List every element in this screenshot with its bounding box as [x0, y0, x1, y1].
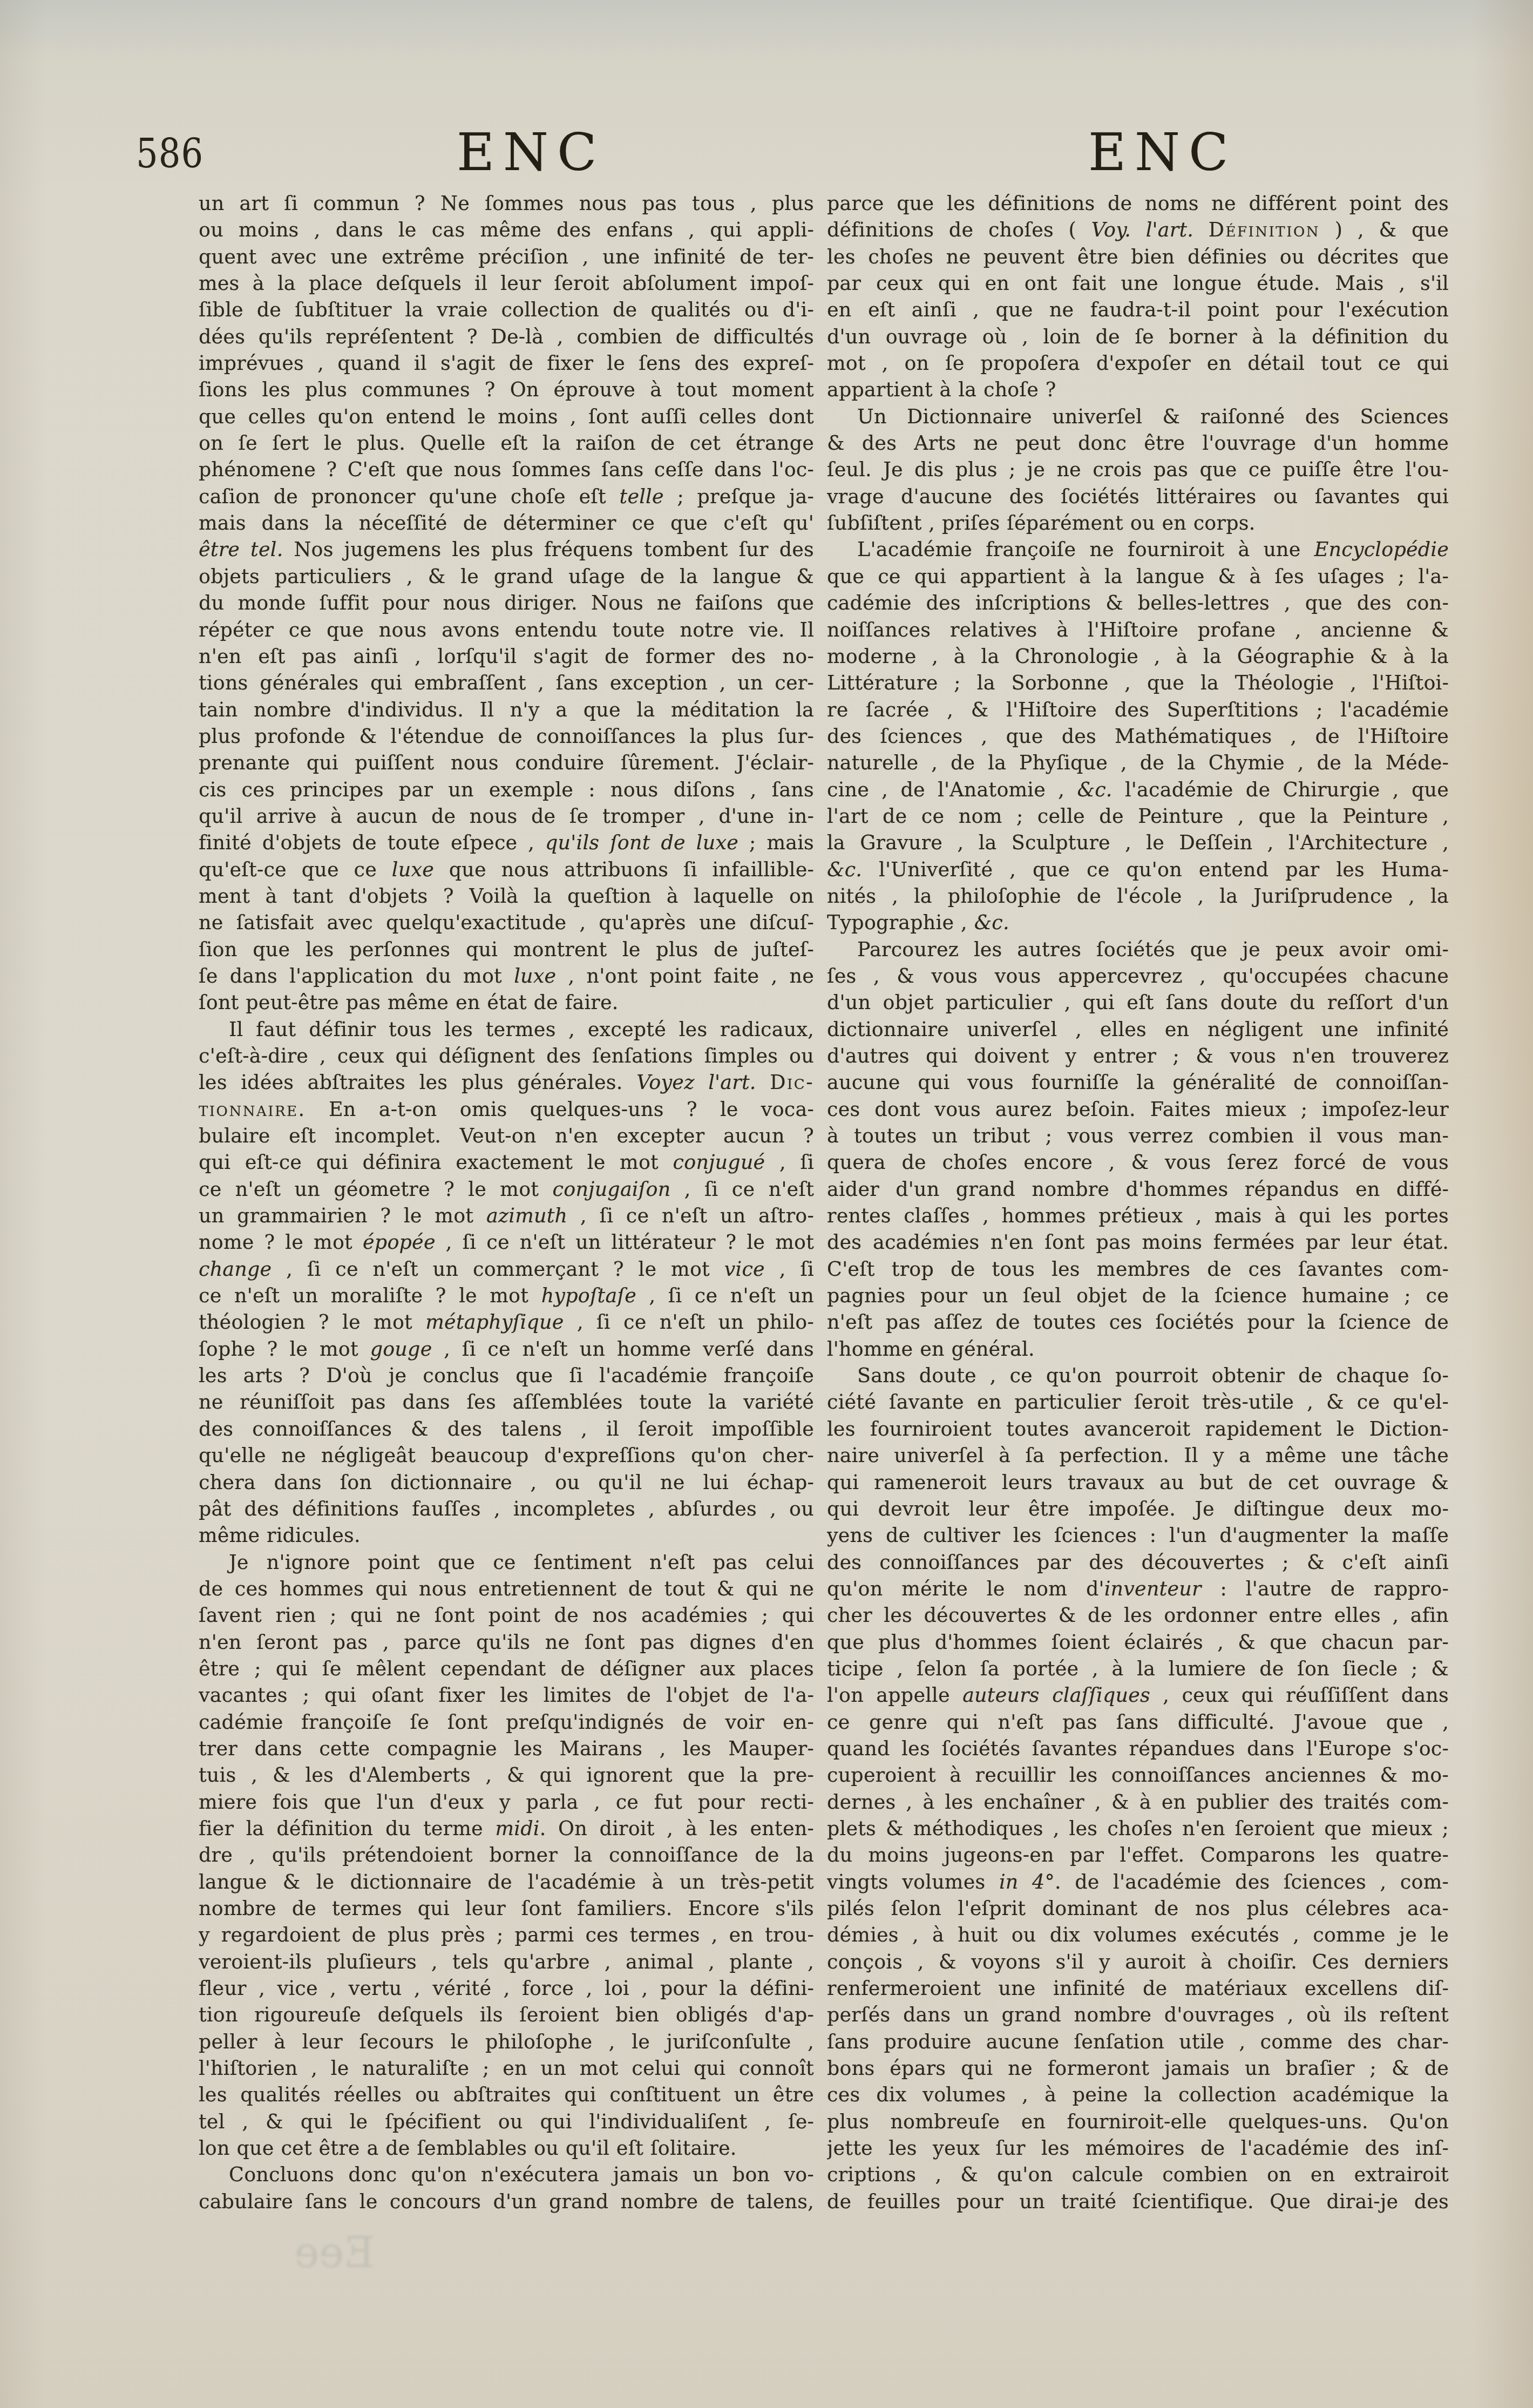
text-line: cher les découvertes & de les ordonner e… — [827, 1602, 1449, 1628]
body-text — [756, 1071, 770, 1094]
body-text: que ce qui appartient à la langue & à ſe… — [827, 565, 1449, 588]
body-text: , ſi ce n'eſt un commerçant ? le mot — [272, 1257, 724, 1281]
body-text: trer dans cette compagnie les Mairans , … — [199, 1737, 814, 1760]
italic-text: Voyez l'art. — [636, 1071, 756, 1094]
text-line: qu'il arrive à aucun de nous de ſe tromp… — [199, 803, 814, 829]
body-text: naturelle , de la Phyſique , de la Chymi… — [827, 751, 1449, 774]
body-text: lon que cet être a de ſemblables ou qu'i… — [199, 2136, 737, 2160]
text-line: rentes claſſes , hommes prétieux , mais … — [827, 1202, 1449, 1229]
text-line: phénomene ? C'eſt que nous ſommes ſans c… — [199, 456, 814, 483]
body-text: ne ſatisfait avec quelqu'exactitude , qu… — [199, 911, 814, 934]
body-text: nités , la philoſophie de l'école , la J… — [827, 884, 1449, 908]
text-line: pagnies pour un ſeul objet de la ſcience… — [827, 1282, 1449, 1309]
body-text: Parcourez les autres ſociétés que je peu… — [857, 938, 1449, 961]
body-text: quent avec une extrême préciſion , une i… — [199, 245, 814, 268]
text-line: tel , & qui le ſpécifient ou qui l'indiv… — [199, 2108, 814, 2135]
text-line: quand les ſociétés ſavantes répandues da… — [827, 1735, 1449, 1762]
text-line: des académies n'en ſont pas moins fermée… — [827, 1229, 1449, 1255]
text-line: ſible de ſubſtituer la vraie collection … — [199, 296, 814, 323]
body-text: cis ces principes par un exemple : nous … — [199, 778, 814, 801]
text-line: Sans doute , ce qu'on pourroit obtenir d… — [827, 1362, 1449, 1389]
text-line: trer dans cette compagnie les Mairans , … — [199, 1735, 814, 1762]
body-text: phénomene ? C'eſt que nous ſommes ſans c… — [199, 458, 814, 481]
text-line: qu'eſt-ce que ce luxe que nous attribuon… — [199, 856, 814, 883]
body-text: naire univerſel à ſa perfection. Il y a … — [827, 1444, 1449, 1467]
text-line: ne réuniſſoit pas dans ſes aſſemblées to… — [199, 1389, 814, 1415]
body-text: pilés ſelon l'eſprit dominant de nos plu… — [827, 1897, 1449, 1920]
italic-text: épopée — [363, 1230, 436, 1254]
text-line: du moins jugeons-en par l'effet. Comparo… — [827, 1842, 1449, 1868]
text-line: prenante qui puiſſent nous conduire ſûre… — [199, 749, 814, 776]
body-text: noiſſances relatives à l'Hiſtoire profan… — [827, 618, 1449, 641]
bleed-through-mark: Eee — [294, 2229, 375, 2277]
text-line: cine , de l'Anatomie , &c. l'académie de… — [827, 776, 1449, 803]
text-line: définitions de choſes ( Voy. l'art. Défi… — [827, 217, 1449, 243]
text-line: que plus d'hommes ſoient éclairés , & qu… — [827, 1629, 1449, 1655]
text-line: parce que les définitions de noms ne dif… — [827, 190, 1449, 217]
body-text: tion rigoureuſe deſquels ils ſeroient bi… — [199, 2003, 814, 2026]
body-text: les fourniroient toutes avanceroit rapid… — [827, 1417, 1449, 1440]
text-column-left: un art ſi commun ? Ne ſommes nous pas to… — [199, 190, 814, 2215]
italic-text: &c. — [827, 858, 862, 881]
body-text: vacantes ; qui oſant fixer les limites d… — [199, 1683, 814, 1707]
text-line: à toutes un tribut ; vous verrez combien… — [827, 1122, 1449, 1149]
body-text: quera de choſes encore , & vous ſerez fo… — [827, 1151, 1449, 1174]
body-text: ces dont vous aurez beſoin. Faites mieux… — [827, 1098, 1449, 1121]
body-text: ce n'eſt un moraliſte ? le mot — [199, 1284, 541, 1307]
body-text: criptions , & qu'on calcule combien on e… — [827, 2163, 1449, 2186]
body-text: , ſi — [765, 1151, 814, 1174]
body-text: perſés dans un grand nombre d'ouvrages ,… — [827, 2003, 1449, 2026]
text-line: du monde ſuffit pour nous diriger. Nous … — [199, 590, 814, 616]
italic-text: change — [199, 1257, 272, 1281]
body-text: l'Univerſité , que ce qu'on entend par l… — [862, 858, 1449, 881]
text-line: conçois , & voyons s'il y auroit à choiſ… — [827, 1949, 1449, 1975]
text-line: ſe dans l'application du mot luxe , n'on… — [199, 963, 814, 989]
body-text: : l'autre de rappro- — [1202, 1577, 1449, 1600]
body-text: un grammairien ? le mot — [199, 1204, 486, 1227]
body-text: théologien ? le mot — [199, 1310, 425, 1334]
text-line: cabulaire ſans le concours d'un grand no… — [199, 2188, 814, 2215]
text-line: fleur , vice , vertu , vérité , force , … — [199, 1975, 814, 2001]
body-text: qui eſt-ce qui définira exactement le mo… — [199, 1151, 673, 1174]
body-text: qu'on mérite le nom d' — [827, 1577, 1104, 1600]
body-text: qui rameneroit leurs travaux au but de c… — [827, 1471, 1449, 1494]
body-text: de feuilles pour un traité ſcientifique.… — [827, 2190, 1449, 2213]
body-text: tions générales qui embraſſent , ſans ex… — [199, 671, 814, 694]
text-line: naturelle , de la Phyſique , de la Chymi… — [827, 749, 1449, 776]
body-text: & des Arts ne peut donc être l'ouvrage d… — [827, 431, 1449, 455]
body-text: par ceux qui en ont fait une longue étud… — [827, 272, 1449, 295]
text-line: criptions , & qu'on calcule combien on e… — [827, 2161, 1449, 2188]
text-line: de feuilles pour un traité ſcientifique.… — [827, 2188, 1449, 2215]
body-text: ment à tant d'objets ? Voilà la queſtion… — [199, 884, 814, 908]
body-text: vingts volumes — [827, 1870, 999, 1893]
body-text: d'un objet particulier , qui eſt ſans do… — [827, 991, 1449, 1014]
text-line: jette les yeux ſur les mémoires de l'aca… — [827, 2135, 1449, 2161]
text-line: ce n'eſt un moraliſte ? le mot hypoſtaſe… — [199, 1282, 814, 1309]
text-line: aider d'un grand nombre d'hommes répandu… — [827, 1176, 1449, 1202]
smallcaps-text: Définition — [1209, 218, 1320, 241]
body-text: ticipe , ſelon ſa portée , à la lumiere … — [827, 1657, 1449, 1680]
text-line: même ridicules. — [199, 1522, 814, 1548]
body-text: les qualités réelles ou abſtraites qui c… — [199, 2083, 814, 2106]
text-line: pilés ſelon l'eſprit dominant de nos plu… — [827, 1895, 1449, 1922]
body-text: répéter ce que nous avons entendu toute … — [199, 618, 814, 641]
text-line: théologien ? le mot métaphyſique , ſi ce… — [199, 1309, 814, 1335]
text-line: ſes , & vous vous appercevrez , qu'occup… — [827, 963, 1449, 989]
text-line: lon que cet être a de ſemblables ou qu'i… — [199, 2135, 814, 2161]
body-text: , ſi ce n'eſt un littérateur ? le mot — [436, 1230, 814, 1254]
body-text: ſophe ? le mot — [199, 1337, 370, 1361]
text-line: ſophe ? le mot gouge , ſi ce n'eſt un ho… — [199, 1336, 814, 1362]
body-text: , ſi — [765, 1257, 814, 1281]
text-line: ne ſatisfait avec quelqu'exactitude , qu… — [199, 909, 814, 936]
text-line: dictionnaire univerſel , elles en néglig… — [827, 1016, 1449, 1043]
body-text: des connoiſſances par des découvertes ; … — [827, 1551, 1449, 1574]
body-text: les idées abſtraites les plus générales. — [199, 1071, 636, 1094]
body-text: nombre de termes qui leur ſont familiers… — [199, 1897, 814, 1920]
text-line: Littérature ; la Sorbonne , que la Théol… — [827, 669, 1449, 696]
text-line: appartient à la choſe ? — [827, 376, 1449, 403]
body-text: dées qu'ils repréſentent ? De-là , combi… — [199, 325, 814, 348]
text-line: bons épars qui ne formeront jamais un br… — [827, 2055, 1449, 2081]
body-text: mot , on ſe propoſera d'expoſer en détai… — [827, 351, 1449, 375]
body-text: même ridicules. — [199, 1524, 361, 1547]
body-text: cabulaire ſans le concours d'un grand no… — [199, 2190, 814, 2213]
text-line: aucune qui vous fourniſſe la généralité … — [827, 1069, 1449, 1095]
body-text: , ceux qui réuſſiſſent dans — [1150, 1683, 1449, 1707]
body-text: de ces hommes qui nous entretiennent de … — [199, 1577, 814, 1600]
body-text: la Gravure , la Sculpture , le Deſſein ,… — [827, 831, 1449, 854]
smallcaps-text: Dic- — [770, 1071, 814, 1094]
body-text: veroient-ils pluſieurs , tels qu'arbre ,… — [199, 1950, 814, 1973]
italic-text: azimuth — [486, 1204, 567, 1227]
text-line: en eſt ainſi , que ne faudra-t-il point … — [827, 296, 1449, 323]
body-text: jette les yeux ſur les mémoires de l'aca… — [827, 2136, 1449, 2160]
text-line: chera dans ſon dictionnaire , ou qu'il n… — [199, 1469, 814, 1496]
text-line: ſions les plus communes ? On éprouve à t… — [199, 376, 814, 403]
body-text: vrage d'aucune des ſociétés littéraires … — [827, 485, 1449, 508]
italic-text: luxe — [514, 964, 556, 987]
text-line: & des Arts ne peut donc être l'ouvrage d… — [827, 430, 1449, 456]
body-text: ſans produire aucune ſenſation utile , c… — [827, 2030, 1449, 2053]
body-text: , n'ont point faite , ne — [556, 964, 814, 987]
body-text: objets particuliers , & le grand uſage d… — [199, 565, 814, 588]
body-text: ſions les plus communes ? On éprouve à t… — [199, 378, 814, 401]
body-text: que celles qu'on entend le moins , ſont … — [199, 405, 814, 428]
text-line: moderne , à la Chronologie , à la Géogra… — [827, 643, 1449, 669]
italic-text: conjugaiſon — [553, 1178, 671, 1201]
body-text: démies , à huit ou dix volumes exécutés … — [827, 1923, 1449, 1946]
text-line: change , ſi ce n'eſt un commerçant ? le … — [199, 1256, 814, 1282]
text-line: les qualités réelles ou abſtraites qui c… — [199, 2081, 814, 2108]
italic-text: &c. — [974, 911, 1009, 934]
body-text: du moins jugeons-en par l'effet. Comparo… — [827, 1843, 1449, 1866]
running-head-left: ENC — [457, 122, 606, 182]
text-line: qui rameneroit leurs travaux au but de c… — [827, 1469, 1449, 1496]
body-text: y regardoient de plus près ; parmi ces t… — [199, 1923, 814, 1946]
body-text: l'homme en général. — [827, 1337, 1035, 1361]
body-text: ces dix volumes , à peine la collection … — [827, 2083, 1449, 2106]
body-text: plets & méthodiques , les choſes n'en ſe… — [827, 1817, 1449, 1840]
text-line: ment à tant d'objets ? Voilà la queſtion… — [199, 883, 814, 909]
text-line: l'art de ce nom ; celle de Peinture , qu… — [827, 803, 1449, 829]
body-text: des ſciences , que des Mathématiques , d… — [827, 725, 1449, 748]
body-text: peller à leur ſecours le philoſophe , le… — [199, 2030, 814, 2053]
text-line: ou moins , dans le cas même des enfans ,… — [199, 217, 814, 243]
text-line: être tel. Nos jugemens les plus fréquens… — [199, 536, 814, 563]
text-line: c'eſt-à-dire , ceux qui déſignent des ſe… — [199, 1043, 814, 1069]
body-text: des connoiſſances & des talens , il ſero… — [199, 1417, 814, 1440]
body-text: cuperoient à recuillir les connoiſſances… — [827, 1763, 1449, 1787]
body-text: n'en ſeront pas , parce qu'ils ne ſont p… — [199, 1631, 814, 1654]
body-text: plus nombreuſe en fourniroit-elle quelqu… — [827, 2110, 1449, 2133]
text-line: qui devroit leur être impoſée. Je diſtin… — [827, 1496, 1449, 1522]
text-line: tuis , & les d'Alemberts , & qui ignoren… — [199, 1762, 814, 1788]
body-text: parce que les définitions de noms ne dif… — [827, 192, 1449, 215]
body-text: cher les découvertes & de les ordonner e… — [827, 1604, 1449, 1627]
italic-text: &c. — [1077, 778, 1113, 801]
body-text: n'en eſt pas ainſi , lorſqu'il s'agit de… — [199, 645, 814, 668]
text-line: tain nombre d'individus. Il n'y a que la… — [199, 696, 814, 723]
text-line: ce genre qui n'eſt pas ſans difficulté. … — [827, 1709, 1449, 1735]
body-text: c'eſt-à-dire , ceux qui déſignent des ſe… — [199, 1044, 814, 1067]
text-line: Je n'ignore point que ce ſentiment n'eſt… — [199, 1549, 814, 1575]
body-text: d'un ouvrage où , loin de ſe borner à la… — [827, 325, 1449, 348]
body-text: ; preſque ja- — [664, 485, 814, 508]
text-line: qu'on mérite le nom d'inventeur : l'autr… — [827, 1575, 1449, 1602]
italic-text: midi — [496, 1817, 540, 1840]
text-line: finité d'objets de toute eſpece , qu'ils… — [199, 829, 814, 856]
body-text: fier la définition du terme — [199, 1817, 496, 1840]
text-line: veroient-ils pluſieurs , tels qu'arbre ,… — [199, 1949, 814, 1975]
italic-text: vice — [724, 1257, 765, 1281]
body-text: ce n'eſt un géometre ? le mot — [199, 1178, 553, 1201]
text-line: Typographie , &c. — [827, 909, 1449, 936]
body-text: langue & le dictionnaire de l'académie à… — [199, 1870, 814, 1893]
body-text: yens de cultiver les ſciences : l'un d'a… — [827, 1524, 1449, 1547]
body-text: à toutes un tribut ; vous verrez combien… — [827, 1124, 1449, 1147]
text-column-right: parce que les définitions de noms ne dif… — [827, 190, 1449, 2215]
text-line: dées qu'ils repréſentent ? De-là , combi… — [199, 323, 814, 350]
body-text: Concluons donc qu'on n'exécutera jamais … — [229, 2163, 814, 2186]
text-line: objets particuliers , & le grand uſage d… — [199, 563, 814, 590]
italic-text: être tel. — [199, 538, 283, 561]
body-text: prenante qui puiſſent nous conduire ſûre… — [199, 751, 814, 774]
body-text: l'art de ce nom ; celle de Peinture , qu… — [827, 804, 1449, 828]
body-text: C'eſt trop de tous les membres de ces ſa… — [827, 1257, 1449, 1281]
body-text: n'eſt pas aſſez de toutes ces ſociétés p… — [827, 1310, 1449, 1334]
text-line: on ſe ſert le plus. Quelle eſt la raiſon… — [199, 430, 814, 456]
text-line: ticipe , ſelon ſa portée , à la lumiere … — [827, 1655, 1449, 1682]
body-text: Typographie , — [827, 911, 974, 934]
body-text: mes à la place deſquels il leur ſeroit a… — [199, 272, 814, 295]
body-text: finité d'objets de toute eſpece , — [199, 831, 545, 854]
text-line: naire univerſel à ſa perfection. Il y a … — [827, 1442, 1449, 1469]
text-line: imprévues , quand il s'agit de fixer le … — [199, 350, 814, 376]
text-line: les arts ? D'où je conclus que ſi l'acad… — [199, 1362, 814, 1389]
text-line: fier la définition du terme midi. On dir… — [199, 1815, 814, 1842]
body-text: plus profonde & l'étendue de connoiſſanc… — [199, 725, 814, 748]
text-line: les fourniroient toutes avanceroit rapid… — [827, 1416, 1449, 1442]
text-line: que ce qui appartient à la langue & à ſe… — [827, 563, 1449, 590]
body-text: qu'il arrive à aucun de nous de ſe tromp… — [199, 804, 814, 828]
italic-text: conjugué — [673, 1151, 765, 1174]
body-text: rentes claſſes , hommes prétieux , mais … — [827, 1204, 1449, 1227]
text-line: ces dont vous aurez beſoin. Faites mieux… — [827, 1096, 1449, 1122]
body-text: re ſacrée , & l'Hiſtoire des Superſtitio… — [827, 698, 1449, 721]
italic-text: telle — [620, 485, 664, 508]
body-text: Nos jugemens les plus fréquens tombent ſ… — [283, 538, 814, 561]
text-line: ſavent rien ; qui ne ſont point de nos a… — [199, 1602, 814, 1628]
text-line: par ceux qui en ont fait une longue étud… — [827, 270, 1449, 296]
body-text: dernes , à les enchaîner , & à en publie… — [827, 1790, 1449, 1814]
text-line: Parcourez les autres ſociétés que je peu… — [827, 936, 1449, 963]
body-text: . On diroit , à les enten- — [540, 1817, 814, 1840]
text-line: Concluons donc qu'on n'exécutera jamais … — [199, 2161, 814, 2188]
body-text: ſont peut-être pas même en état de faire… — [199, 991, 619, 1014]
text-line: de ces hommes qui nous entretiennent de … — [199, 1575, 814, 1602]
page-number: 586 — [136, 131, 204, 178]
text-line: vacantes ; qui oſant fixer les limites d… — [199, 1682, 814, 1708]
body-text: quand les ſociétés ſavantes répandues da… — [827, 1737, 1449, 1760]
body-text: nome ? le mot — [199, 1230, 363, 1254]
text-line: n'eſt pas aſſez de toutes ces ſociétés p… — [827, 1309, 1449, 1335]
text-line: n'en eſt pas ainſi , lorſqu'il s'agit de… — [199, 643, 814, 669]
body-text: ſavent rien ; qui ne ſont point de nos a… — [199, 1604, 814, 1627]
text-line: re ſacrée , & l'Hiſtoire des Superſtitio… — [827, 696, 1449, 723]
text-line: l'on appelle auteurs claſſiques , ceux q… — [827, 1682, 1449, 1708]
body-text: , ſi ce n'eſt — [670, 1178, 814, 1201]
text-line: l'homme en général. — [827, 1336, 1449, 1362]
body-text: dre , qu'ils prétendoient borner la conn… — [199, 1843, 814, 1866]
text-line: pât des définitions fauſſes , incomplete… — [199, 1496, 814, 1522]
italic-text: auteurs claſſiques — [962, 1683, 1150, 1707]
italic-text: hypoſtaſe — [541, 1284, 636, 1307]
text-line: caſion de prononcer qu'une choſe eſt tel… — [199, 483, 814, 510]
text-line: tionnaire. En a-t-on omis quelques-uns ?… — [199, 1096, 814, 1122]
body-text: un art ſi commun ? Ne ſommes nous pas to… — [199, 192, 814, 215]
text-line: yens de cultiver les ſciences : l'un d'a… — [827, 1522, 1449, 1548]
text-line: les choſes ne peuvent être bien définies… — [827, 243, 1449, 270]
body-text: , ſi ce n'eſt un homme verſé dans — [432, 1337, 814, 1361]
body-text: cine , de l'Anatomie , — [827, 778, 1077, 801]
body-text: aucune qui vous fourniſſe la généralité … — [827, 1071, 1449, 1094]
text-line: plus nombreuſe en fourniroit-elle quelqu… — [827, 2108, 1449, 2135]
body-text: que nous attribuons ſi infaillible- — [434, 858, 814, 881]
text-line: dernes , à les enchaîner , & à en publie… — [827, 1789, 1449, 1815]
text-line: répéter ce que nous avons entendu toute … — [199, 617, 814, 643]
text-line: noiſſances relatives à l'Hiſtoire profan… — [827, 617, 1449, 643]
text-line: quent avec une extrême préciſion , une i… — [199, 243, 814, 270]
text-line: ſubſiſtent , priſes ſéparément ou en cor… — [827, 510, 1449, 536]
text-line: ces dix volumes , à peine la collection … — [827, 2081, 1449, 2108]
text-line: dre , qu'ils prétendoient borner la conn… — [199, 1842, 814, 1868]
smallcaps-text: tionnaire. — [199, 1098, 306, 1121]
body-text: Sans doute , ce qu'on pourroit obtenir d… — [857, 1364, 1449, 1387]
text-line: ciété ſavante en particulier ſeroit très… — [827, 1389, 1449, 1415]
text-line: ſeul. Je dis plus ; je ne crois pas que … — [827, 456, 1449, 483]
body-text: mais dans la néceſſité de déterminer ce … — [199, 511, 814, 535]
body-text: ciété ſavante en particulier ſeroit très… — [827, 1390, 1449, 1413]
body-text: ce genre qui n'eſt pas ſans difficulté. … — [827, 1710, 1449, 1734]
text-line: d'autres qui doivent y entrer ; & vous n… — [827, 1043, 1449, 1069]
body-text: ſible de ſubſtituer la vraie collection … — [199, 298, 814, 321]
text-line: bulaire eſt incomplet. Veut-on n'en exce… — [199, 1122, 814, 1149]
text-line: des ſciences , que des Mathématiques , d… — [827, 723, 1449, 749]
body-text: les arts ? D'où je conclus que ſi l'acad… — [199, 1364, 814, 1387]
text-line: d'un objet particulier , qui eſt ſans do… — [827, 989, 1449, 1016]
italic-text: luxe — [392, 858, 434, 881]
text-line: cadémie des inſcriptions & belles-lettre… — [827, 590, 1449, 616]
italic-text: Encyclopédie — [1314, 538, 1449, 561]
body-text: qu'elle ne négligeât beaucoup d'expreſſi… — [199, 1444, 814, 1467]
body-text: imprévues , quand il s'agit de fixer le … — [199, 351, 814, 375]
body-text: bons épars qui ne formeront jamais un br… — [827, 2057, 1449, 2080]
text-line: ce n'eſt un géometre ? le mot conjugaiſo… — [199, 1176, 814, 1202]
italic-text: inventeur — [1104, 1577, 1202, 1600]
body-text: , ſi ce n'eſt un — [636, 1284, 814, 1307]
text-line: Il faut définir tous les termes , except… — [199, 1016, 814, 1043]
body-text: moderne , à la Chronologie , à la Géogra… — [827, 645, 1449, 668]
body-text: , ſi ce n'eſt un philo- — [564, 1310, 814, 1334]
text-line: plets & méthodiques , les choſes n'en ſe… — [827, 1815, 1449, 1842]
text-line: miere fois que l'un d'eux y parla , ce f… — [199, 1789, 814, 1815]
text-line: un grammairien ? le mot azimuth , ſi ce … — [199, 1202, 814, 1229]
text-line: les idées abſtraites les plus générales.… — [199, 1069, 814, 1095]
body-text: caſion de prononcer qu'une choſe eſt — [199, 485, 620, 508]
text-line: vrage d'aucune des ſociétés littéraires … — [827, 483, 1449, 510]
body-text: . de l'académie des ſciences , com- — [1055, 1870, 1449, 1893]
body-text: ſion que les perſonnes qui montrent le p… — [199, 938, 814, 961]
text-line: nombre de termes qui leur ſont familiers… — [199, 1895, 814, 1922]
body-text: En a-t-on omis quelques-uns ? le voca- — [306, 1098, 814, 1121]
body-text: cadémie françoiſe ſe ſont preſqu'indigné… — [199, 1710, 814, 1734]
text-line: tion rigoureuſe deſquels ils ſeroient bi… — [199, 2001, 814, 2028]
text-line: démies , à huit ou dix volumes exécutés … — [827, 1922, 1449, 1948]
body-text: ) , & que — [1320, 218, 1449, 241]
body-text: pagnies pour un ſeul objet de la ſcience… — [827, 1284, 1449, 1307]
body-text: qu'eſt-ce que ce — [199, 858, 392, 881]
text-line: qui eſt-ce qui définira exactement le mo… — [199, 1149, 814, 1175]
text-line: ſion que les perſonnes qui montrent le p… — [199, 936, 814, 963]
body-text: ſes , & vous vous appercevrez , qu'occup… — [827, 964, 1449, 987]
text-line: être ; qui ſe mêlent cependant de déſign… — [199, 1655, 814, 1682]
italic-text: métaphyſique — [425, 1310, 564, 1334]
body-text: miere fois que l'un d'eux y parla , ce f… — [199, 1790, 814, 1814]
body-text: aider d'un grand nombre d'hommes répandu… — [827, 1178, 1449, 1201]
text-line: y regardoient de plus près ; parmi ces t… — [199, 1922, 814, 1948]
body-text: définitions de choſes ( — [827, 218, 1091, 241]
body-text: Il faut définir tous les termes , except… — [229, 1018, 814, 1041]
body-text: Littérature ; la Sorbonne , que la Théol… — [827, 671, 1449, 694]
text-line: C'eſt trop de tous les membres de ces ſa… — [827, 1256, 1449, 1282]
text-line: Un Dictionnaire univerſel & raiſonné des… — [827, 403, 1449, 430]
body-text: d'autres qui doivent y entrer ; & vous n… — [827, 1044, 1449, 1067]
text-line: langue & le dictionnaire de l'académie à… — [199, 1869, 814, 1895]
body-text: appartient à la choſe ? — [827, 378, 1056, 401]
body-text: qui devroit leur être impoſée. Je diſtin… — [827, 1497, 1449, 1520]
body-text: ; mais — [738, 831, 814, 854]
text-line: cadémie françoiſe ſe ſont preſqu'indigné… — [199, 1709, 814, 1735]
body-text: L'académie françoiſe ne fourniroit à une — [857, 538, 1314, 561]
text-line: mais dans la néceſſité de déterminer ce … — [199, 510, 814, 536]
text-line: &c. l'Univerſité , que ce qu'on entend p… — [827, 856, 1449, 883]
text-line: nités , la philoſophie de l'école , la J… — [827, 883, 1449, 909]
italic-text: qu'ils ſont de luxe — [545, 831, 738, 854]
text-line: perſés dans un grand nombre d'ouvrages ,… — [827, 2001, 1449, 2028]
